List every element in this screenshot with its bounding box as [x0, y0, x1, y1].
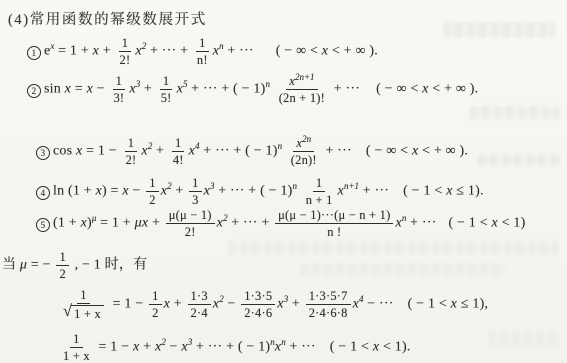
bleedthrough-artifact [478, 154, 562, 166]
bleedthrough-artifact [228, 241, 558, 255]
bleedthrough-artifact [470, 106, 560, 119]
bleedthrough-artifact [300, 263, 505, 276]
bleedthrough-artifact [443, 22, 555, 38]
formula-geometric-series: 11 + x = 1 − x + x2 − x3 + ··· + ( − 1)n… [58, 332, 411, 363]
section-title: (4)常用函数的幂级数展开式 [8, 8, 207, 29]
formula-exp-series: 1ex = 1 + x + 12!x2 + ··· + 1n!xn + ···(… [27, 36, 378, 67]
bleedthrough-artifact [488, 331, 560, 347]
formula-inverse-sqrt-series: 1√1 + x = 1 − 12x + 1·32·4x2 − 1·3·52·4·… [58, 288, 488, 321]
mu-condition-text: 当 μ = − 12 , − 1 时，有 [2, 250, 147, 281]
scanned-textbook-page: (4)常用函数的幂级数展开式 1ex = 1 + x + 12!x2 + ···… [0, 0, 567, 363]
formula-cos-series: 3cos x = 1 − 12!x2 + 14!x4 + ··· + ( − 1… [36, 136, 468, 167]
formula-sin-series: 2sin x = x − 13!x3 + 15!x5 + ··· + ( − 1… [27, 74, 478, 105]
formula-binomial-series: 5(1 + x)μ = 1 + μx + μ(μ − 1)2!x2 + ··· … [36, 208, 526, 239]
formula-ln-series: 4ln (1 + x) = x − 12x2 + 13x3 + ··· + ( … [36, 176, 484, 207]
